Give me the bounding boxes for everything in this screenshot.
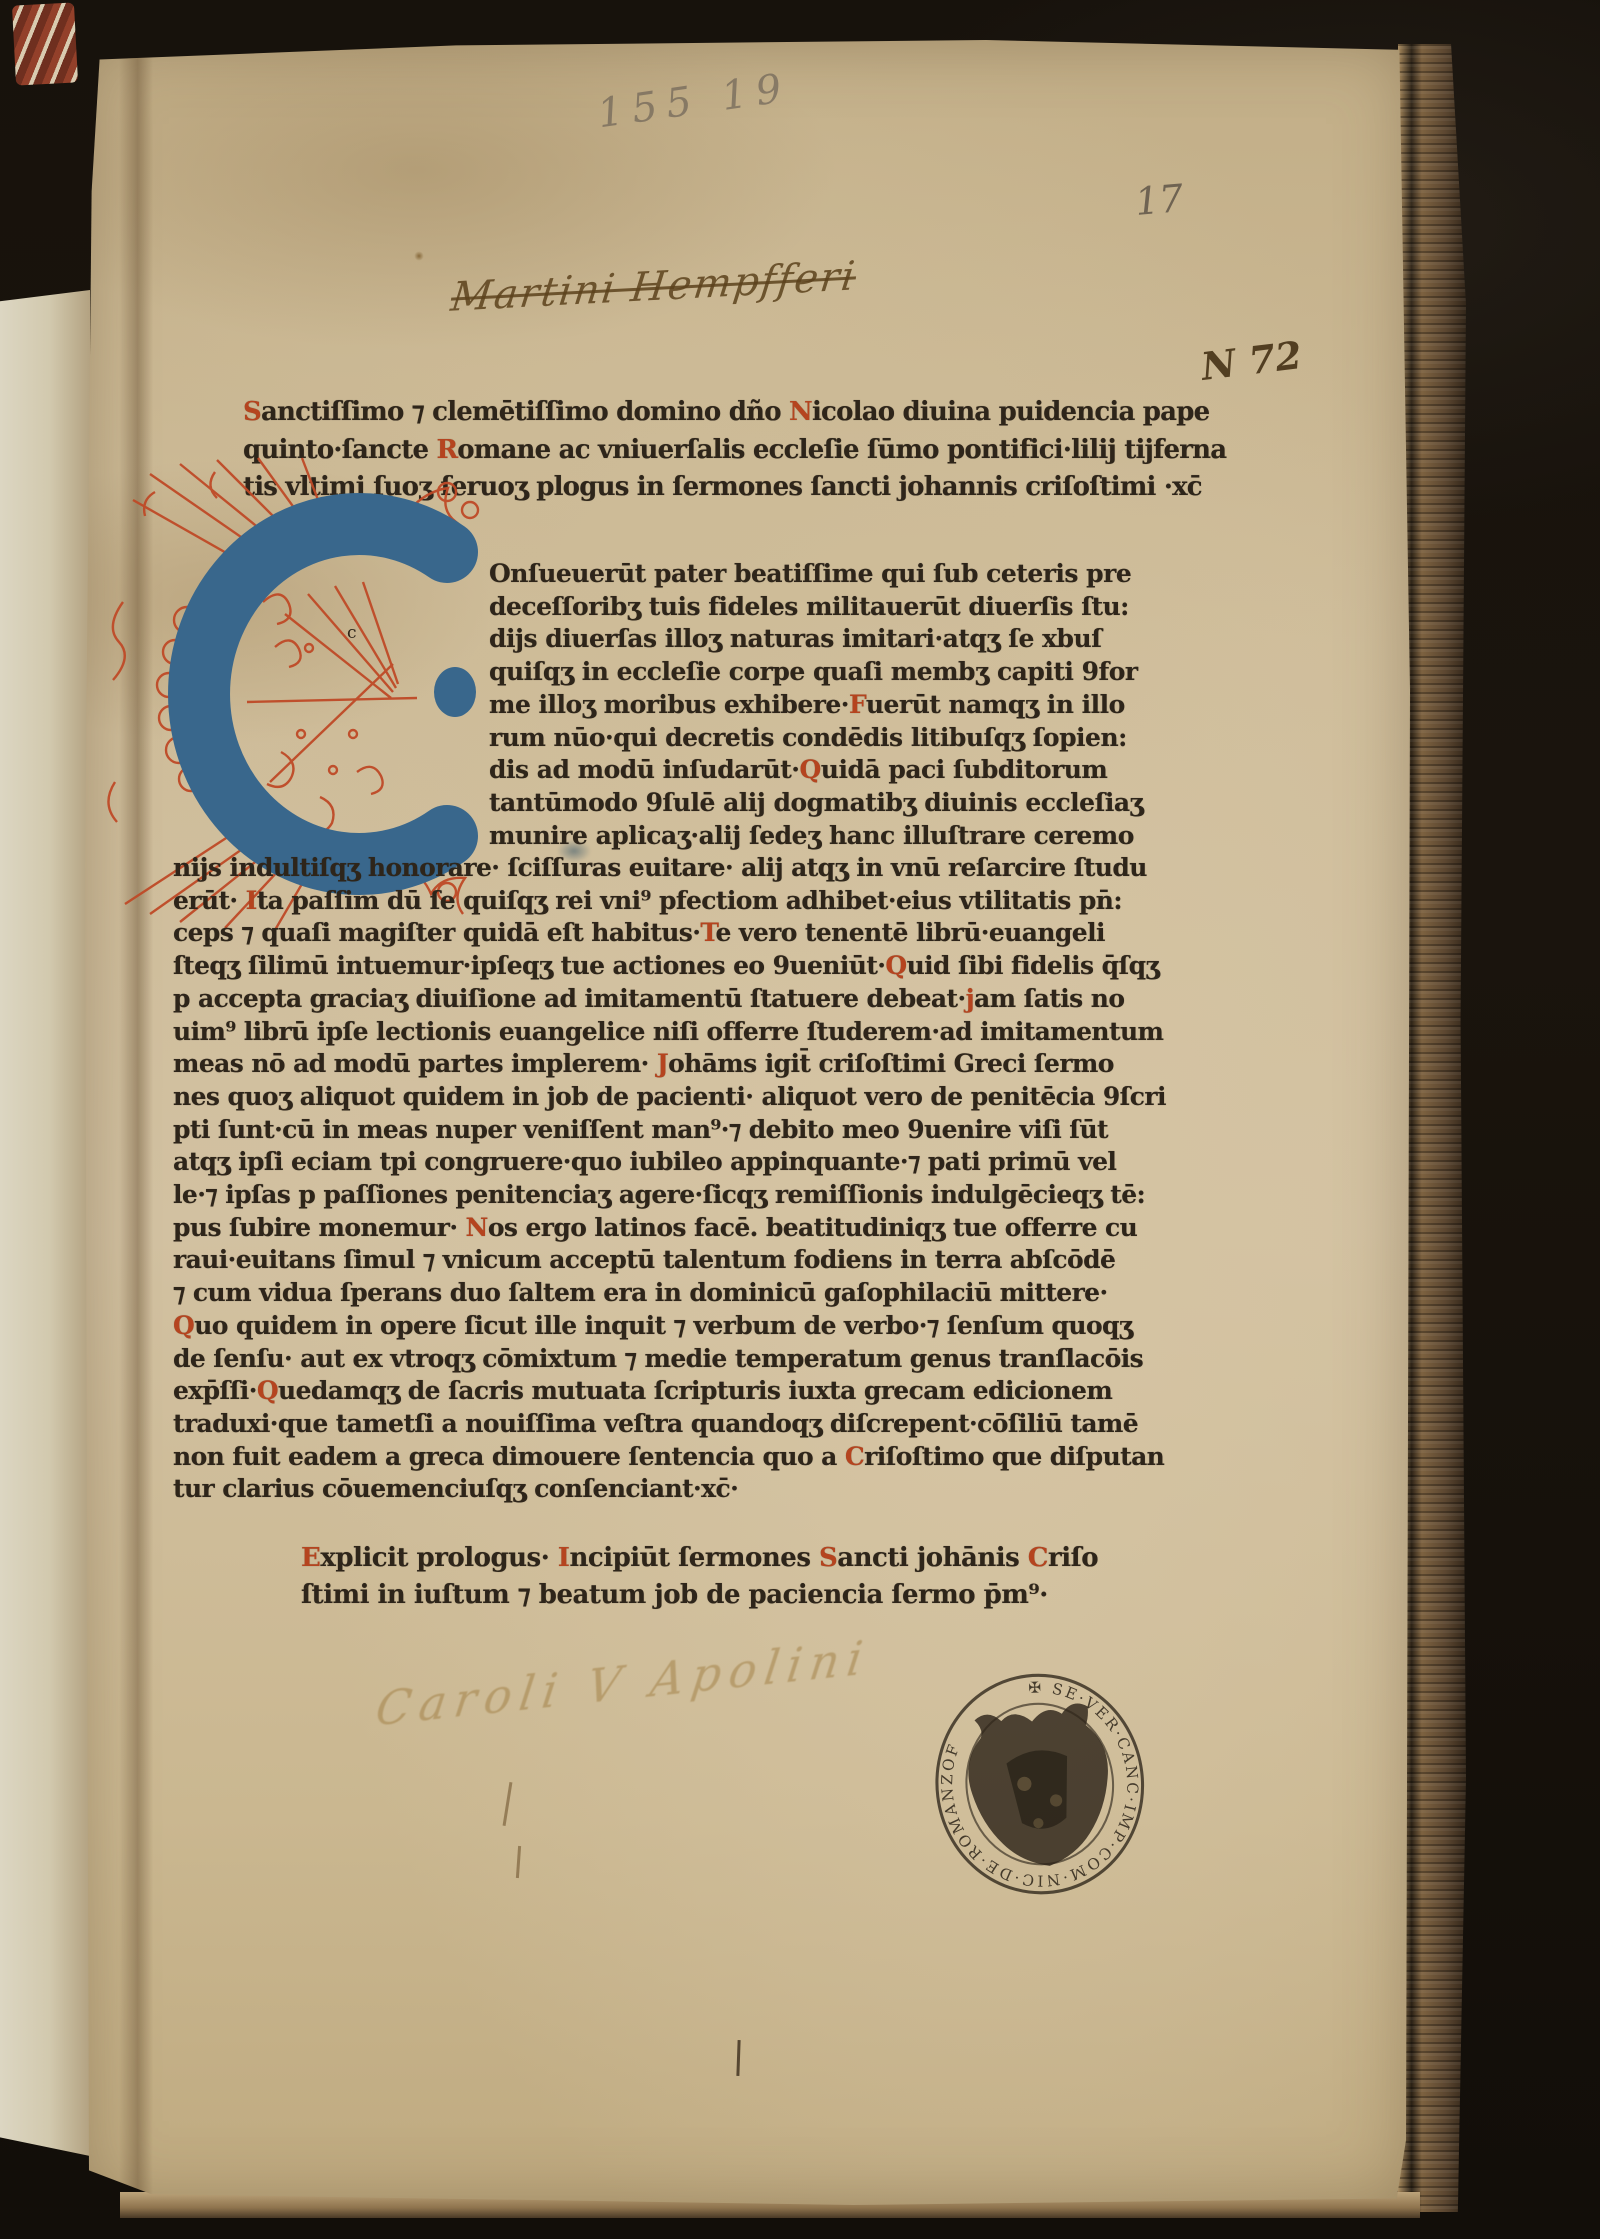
photograph-of-incunable-page: { "scene": { "background_color": "#17120…	[0, 0, 1600, 2239]
print-line: raui·euitans ſimul ⁊ vnicum acceptū tale…	[173, 1244, 1166, 1277]
print-line: dijs diuerſas illoʒ naturas imitari·atqʒ…	[489, 623, 1143, 656]
foxing-spot	[413, 250, 425, 262]
print-line: tantūmodo 9ſulē alij dogmatibʒ diuinis e…	[489, 787, 1143, 820]
double-headed-eagle-icon	[961, 1701, 1119, 1875]
print-line: munire aplicaʒ·alij ſedeʒ hanc illuſtrar…	[489, 820, 1143, 853]
ink-stroke-mark	[736, 2040, 740, 2076]
faded-ownership-inscription: Caroli V Apolini	[372, 1630, 873, 1737]
pencil-shelf-number: 155 19	[595, 65, 793, 138]
manuscript-leaf: 155 19 17 Martini Hempfferi N 72 Caroli …	[85, 40, 1410, 2205]
ink-stroke-mark	[516, 1846, 521, 1878]
print-line: pus ſubire monemur· Nos ergo latinos fac…	[173, 1212, 1166, 1245]
print-line: dis ad modū inſudarūt·Quidā paci ſubdito…	[489, 754, 1143, 787]
print-line: quiſqʒ in eccleſie corpe quaſi membʒ cap…	[489, 656, 1143, 689]
print-line: exp̄ſſi·Quedamqʒ de ſacris mutuata ſcrip…	[173, 1375, 1166, 1408]
left-flyleaf-edge	[0, 290, 90, 2156]
blue-lombardic-letter	[199, 524, 476, 864]
print-line: nijs indultiſqʒ honorare· ſciſſuras euit…	[173, 852, 1166, 885]
print-line: meas nō ad modū partes implerem· Johāms …	[173, 1048, 1166, 1081]
print-line: ſteqʒ ſilimū intuemur·ipſeqʒ tue actione…	[173, 950, 1166, 983]
print-line: uim⁹ librū ipſe lectionis euangelice niſ…	[173, 1016, 1166, 1049]
print-line: Onſueuerūt pater beatiſſime qui ſub cete…	[489, 558, 1143, 591]
print-line: de ſenſu· aut ex vtroqʒ cōmixtum ⁊ medie…	[173, 1343, 1166, 1376]
print-line: Sanctiſſimo ⁊ clemētiſſimo domino dño Ni…	[243, 394, 1226, 432]
print-line: erūt· Ita paſſim dū ſe quiſqʒ rei vni⁹ p…	[173, 885, 1166, 918]
print-line: rum nūo·qui decretis condēdis litibuſqʒ …	[489, 722, 1143, 755]
library-stamp: ✠ SE·VER·CANC·IMP·COM·NIC·DE·ROMANZOF	[913, 1645, 1165, 1911]
print-line: deceſſoribʒ tuis fideles militauerūt diu…	[489, 591, 1143, 624]
print-line: ſtimi in iuſtum ⁊ beatum job de pacienci…	[301, 1577, 1098, 1614]
spine-endband	[12, 2, 78, 85]
collection-number: N 72	[1199, 332, 1305, 389]
body-text: nijs indultiſqʒ honorare· ſciſſuras euit…	[173, 852, 1166, 1506]
print-line: Quo quidem in opere ſicut ille inquit ⁊ …	[173, 1310, 1166, 1343]
print-line: non fuit eadem a greca dimouere ſentenci…	[173, 1441, 1166, 1474]
print-line: me illoʒ moribus exhibere·Fuerūt namqʒ i…	[489, 689, 1143, 722]
print-line: nes quoʒ aliquot quidem in job de pacien…	[173, 1081, 1166, 1114]
folio-number: 17	[1133, 176, 1185, 224]
gutter-shadow	[119, 40, 153, 2205]
print-line: ⁊ cum vidua ſperans duo ſaltem era in do…	[173, 1277, 1166, 1310]
print-line: tur clarius cōuemenciuſqʒ conſenciant·xc…	[173, 1473, 1166, 1506]
guide-letter: c	[347, 623, 357, 643]
print-line: Explicit prologus· Incipiūt ſermones San…	[301, 1540, 1098, 1577]
opening-lines: Onſueuerūt pater beatiſſime qui ſub cete…	[489, 558, 1143, 852]
print-line: ceps ⁊ quaſi magiſter quidā eſt habitus·…	[173, 917, 1166, 950]
print-line: p accepta graciaʒ diuiſione ad imitament…	[173, 983, 1166, 1016]
print-line: atqʒ ipſi eciam tpi congruere·quo iubile…	[173, 1146, 1166, 1179]
ink-stroke-mark	[503, 1782, 513, 1826]
crossed-out-ownership-inscription: Martini Hempfferi	[448, 253, 858, 321]
print-line: le·⁊ ipſas p paſſiones penitenciaʒ agere…	[173, 1179, 1166, 1212]
print-line: pti ſunt·cū in meas nuper veniſſent man⁹…	[173, 1114, 1166, 1147]
print-line: traduxi·que tametſi a nouiſſima veſtra q…	[173, 1408, 1166, 1441]
explicit-paragraph: Explicit prologus· Incipiūt ſermones San…	[301, 1540, 1098, 1614]
